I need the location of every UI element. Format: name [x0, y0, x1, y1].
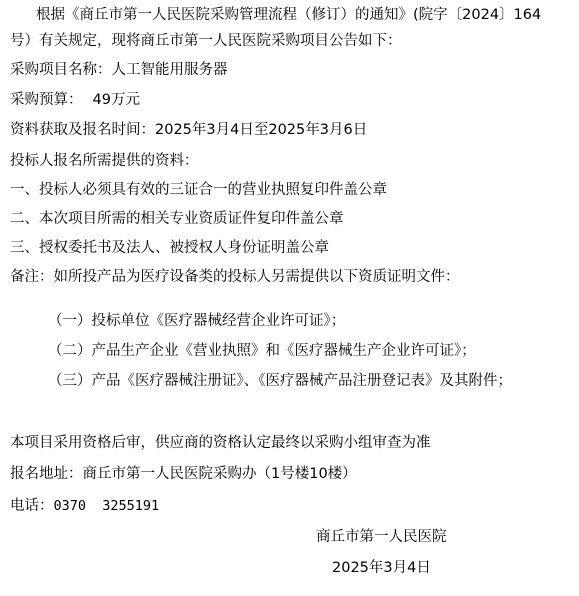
signature-org: 商丘市第一人民医院 — [316, 528, 447, 546]
registration-time-value: 2025年3月4日至2025年3月6日 — [155, 122, 367, 138]
remark-item: （三）产品《医疗器械注册证》、《医疗器械产品注册登记表》及其附件； — [48, 372, 512, 390]
budget-label: 采购预算： — [10, 92, 83, 108]
phone: 电话：0370 3255191 — [10, 497, 159, 515]
review-statement: 本项目采用资格后审，供应商的资格认定最终以采购小组审查为准 — [10, 434, 431, 452]
intro-line-2: 号）有关规定，现将商丘市第一人民医院采购项目公告如下： — [10, 32, 402, 50]
phone-label: 电话： — [10, 498, 54, 514]
project-name-value: 人工智能用服务器 — [112, 62, 228, 78]
registration-address: 报名地址：商丘市第一人民医院采购办（1号楼10楼） — [10, 465, 357, 483]
remark-item: （一）投标单位《医疗器械经营企业许可证》； — [48, 312, 345, 330]
budget-value: 49万元 — [93, 92, 140, 108]
project-name: 采购项目名称：人工智能用服务器 — [10, 61, 228, 79]
remark-item: （二）产品生产企业《营业执照》和《医疗器械生产企业许可证》； — [48, 342, 476, 360]
registration-time-label: 资料获取及报名时间： — [10, 122, 155, 138]
material-item: 三、授权委托书及法人、被授权人身份证明盖公章 — [10, 239, 329, 257]
phone-value: 0370 3255191 — [54, 498, 160, 514]
material-item: 二、本次项目所需的相关专业资质证件复印件盖公章 — [10, 210, 344, 228]
material-item: 一、投标人必须具有效的三证合一的营业执照复印件盖公章 — [10, 181, 387, 199]
materials-heading: 投标人报名所需提供的资料： — [10, 152, 199, 170]
address-label: 报名地址： — [10, 466, 83, 482]
intro-line-1: 根据《商丘市第一人民医院采购管理流程（修订）的通知》(院字〔2024〕164 — [36, 6, 541, 24]
address-value: 商丘市第一人民医院采购办（1号楼10楼） — [83, 466, 357, 482]
remark: 备注：如所投产品为医疗设备类的投标人另需提供以下资质证明文件： — [10, 268, 460, 286]
signature-date: 2025年3月4日 — [332, 559, 431, 577]
budget: 采购预算：49万元 — [10, 91, 140, 109]
project-name-label: 采购项目名称： — [10, 62, 112, 78]
registration-time: 资料获取及报名时间：2025年3月4日至2025年3月6日 — [10, 121, 367, 139]
